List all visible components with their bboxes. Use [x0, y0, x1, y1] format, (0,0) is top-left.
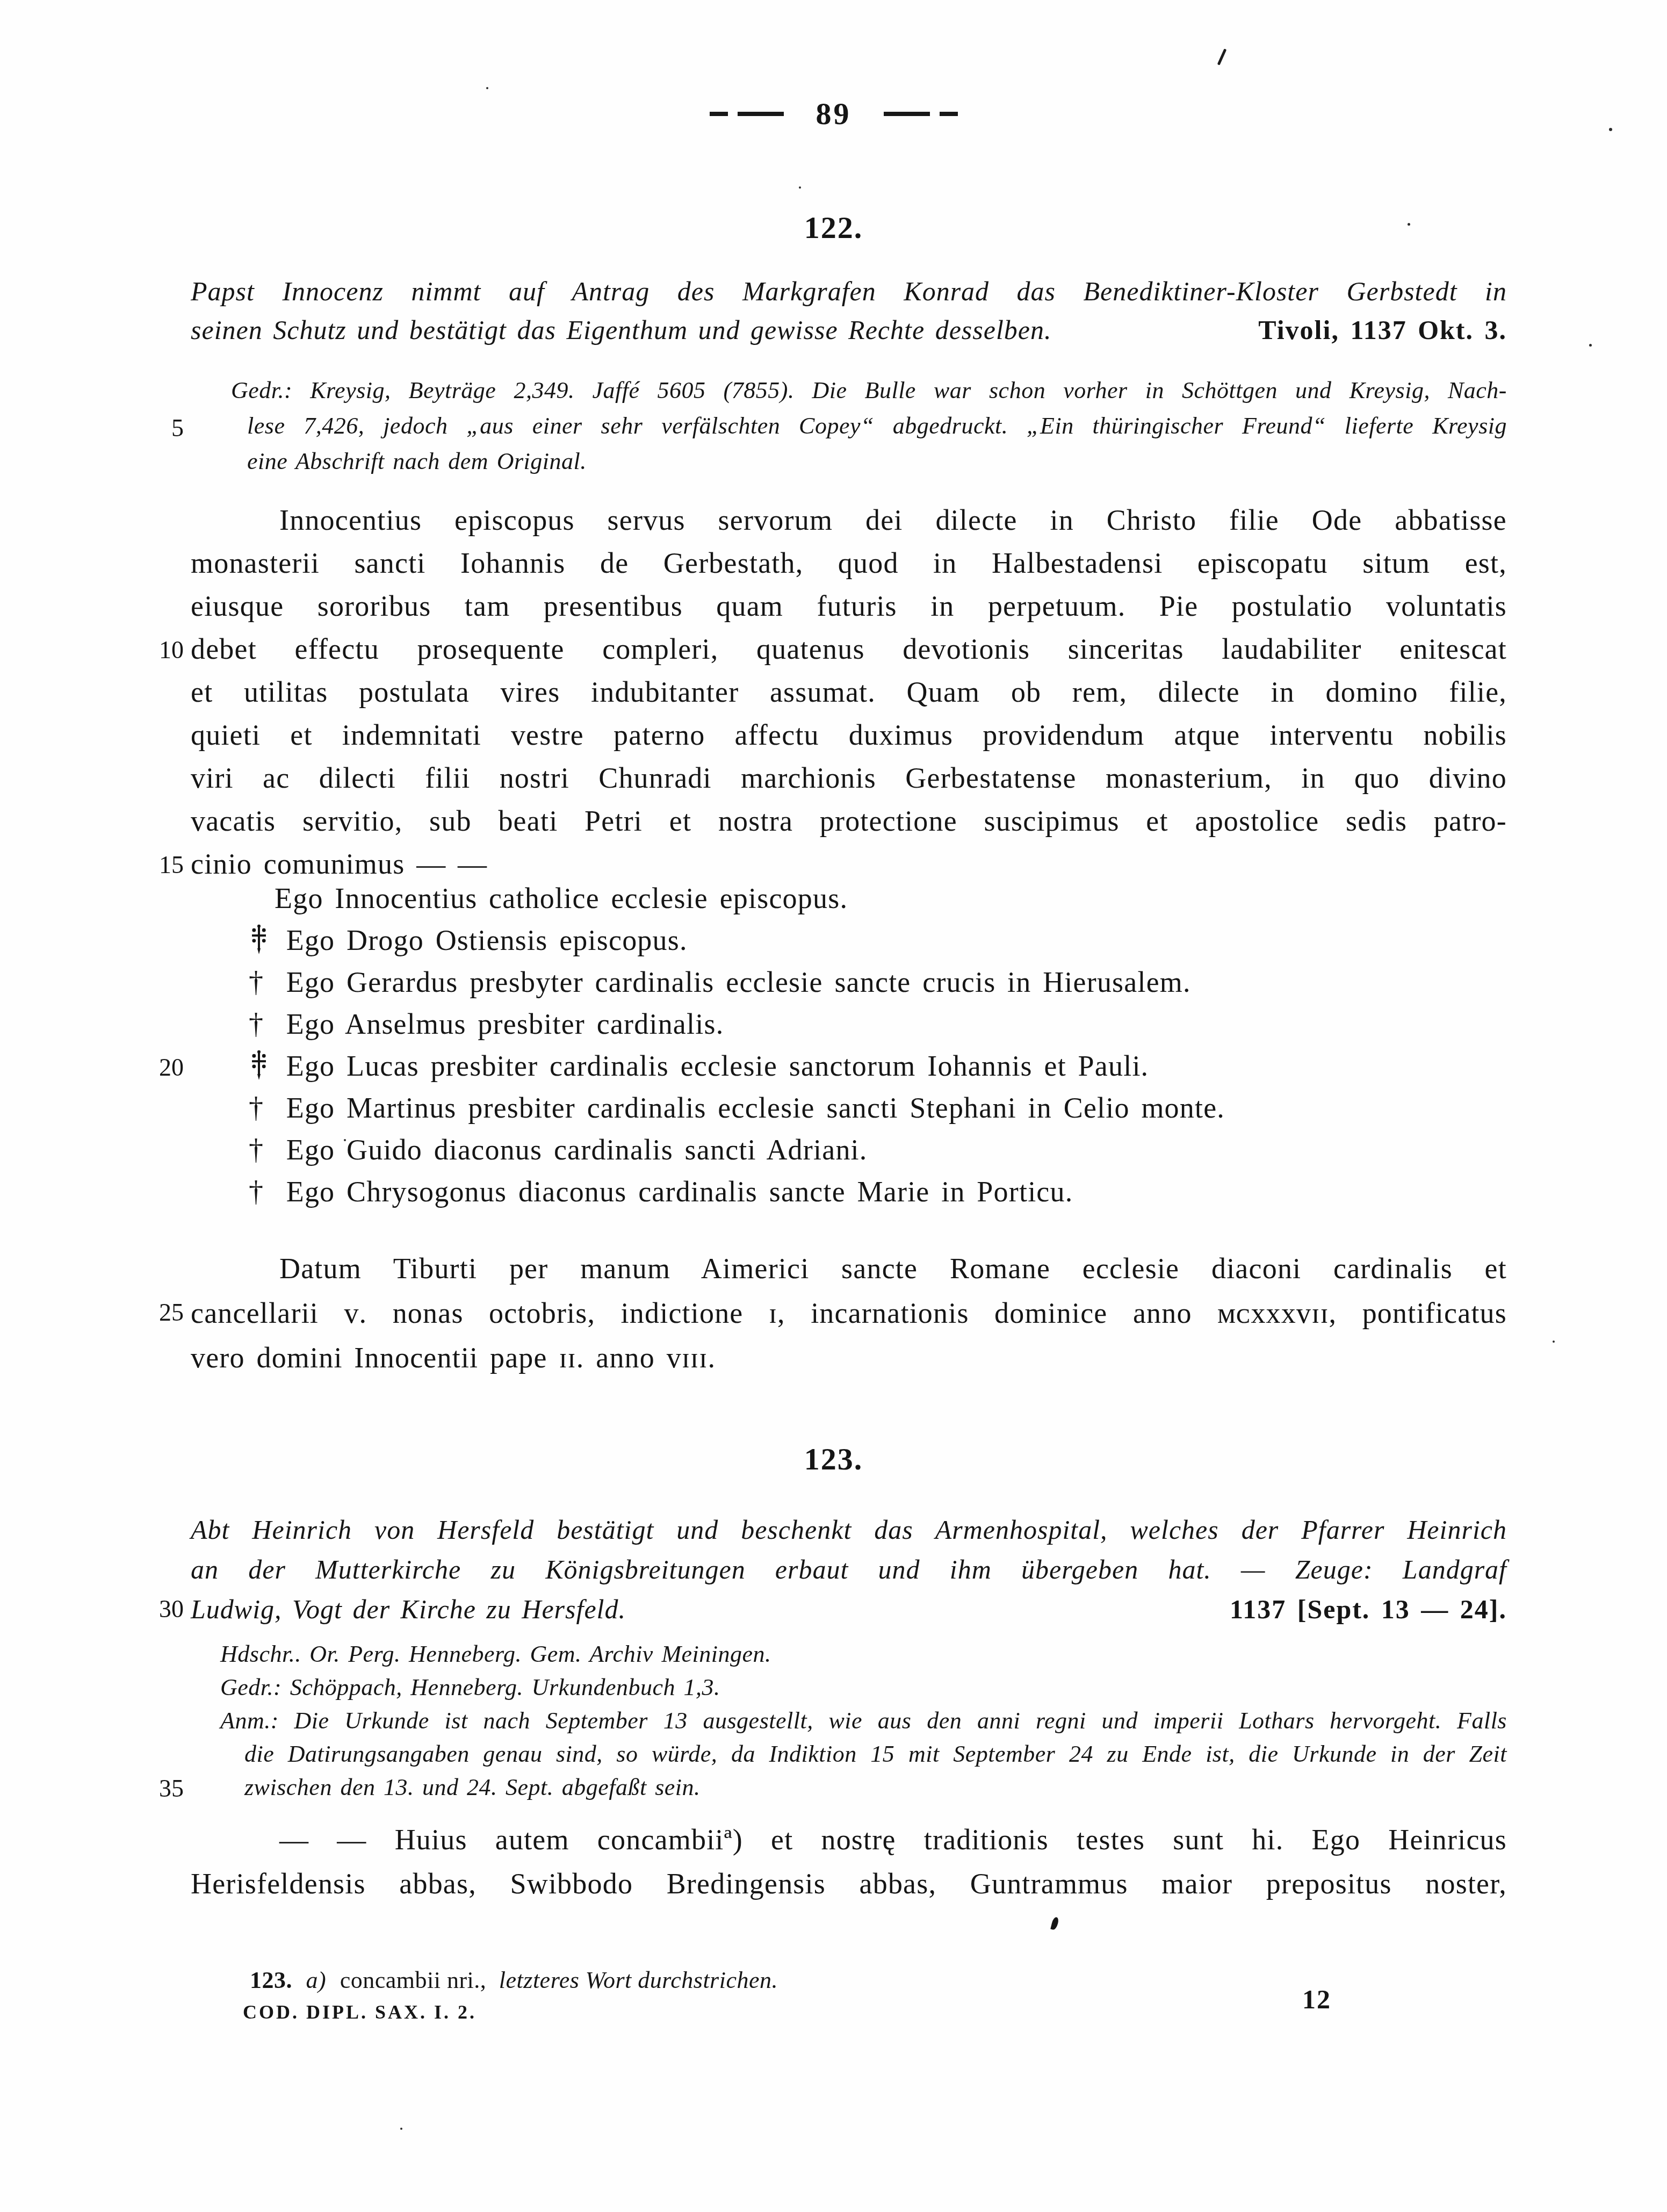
header-rule-right-outer	[940, 112, 958, 116]
doc-122-summary-line-2: seinen Schutz und bestätigt das Eigenthu…	[191, 311, 1507, 349]
doc-123-number: 123.	[0, 1441, 1667, 1477]
ink-speck	[799, 186, 801, 189]
series-signature: COD. DIPL. SAX. I. 2.	[243, 2001, 477, 2023]
witness-line: † Ego Chrysogonus diaconus cardinalis sa…	[191, 1171, 1507, 1213]
doc-122-body-line: monasterii sancti Iohannis de Gerbestath…	[191, 542, 1507, 585]
scanned-book-page: 89 5 10 15 20 25 30 35 122. Papst Innoce…	[0, 0, 1667, 2212]
doc-123-summary-line-1: Abt Heinrich von Hersfeld bestätigt und …	[191, 1510, 1507, 1550]
page-number: 89	[816, 96, 851, 132]
doc-122-date: Tivoli, 1137 Okt. 3.	[1258, 311, 1507, 349]
doc-123-body-line: Herisfeldensis abbas, Swibbodo Bredingen…	[191, 1862, 1507, 1906]
ink-speck	[1609, 128, 1612, 131]
margin-line-number-35: 35	[151, 1776, 184, 1801]
doc-122-summary: Papst Innocenz nimmt auf Antrag des Mark…	[191, 272, 1507, 349]
margin-line-number-25: 25	[151, 1300, 184, 1325]
doc-122-sources: Gedr.: Kreysig, Beyträge 2,349. Jaffé 56…	[191, 373, 1507, 479]
doc-123-summary-line-3: Ludwig, Vogt der Kirche zu Hersfeld. 113…	[191, 1589, 1507, 1629]
footnote: 123. a) concambii nri., letzteres Wort d…	[191, 1964, 1566, 1997]
ink-speck	[486, 87, 488, 89]
ink-speck	[400, 2128, 402, 2130]
doc-122-source-line: lese 7,426, jedoch „aus einer sehr verfä…	[191, 408, 1507, 444]
doc-123-source-line: zwischen den 13. und 24. Sept. abgefaßt …	[191, 1771, 1507, 1804]
doc-123-summary: Abt Heinrich von Hersfeld bestätigt und …	[191, 1510, 1507, 1629]
doc-122-datum-line: cancellarii ᴠ. nonas octobris, indiction…	[191, 1291, 1507, 1336]
witness-text: Ego Lucas presbiter cardinalis ecclesie …	[286, 1050, 1149, 1082]
doc-122-witness-list: Ego Innocentius catholice ecclesie episc…	[191, 877, 1507, 1213]
witness-line: Ego Innocentius catholice ecclesie episc…	[191, 877, 1507, 919]
witness-text: Ego Gerardus presbyter cardinalis eccles…	[286, 966, 1191, 998]
ornate-cross-icon	[249, 919, 275, 961]
doc-123-source-line: Anm.: Die Urkunde ist nach September 13 …	[191, 1704, 1507, 1738]
cross-icon: †	[249, 1087, 275, 1129]
doc-123-sources: Hdschr.. Or. Perg. Henneberg. Gem. Archi…	[191, 1638, 1507, 1804]
ink-speck	[1553, 1341, 1555, 1343]
cross-icon: †	[249, 1171, 275, 1213]
doc-122-datum-line: vero domini Innocentii pape ɪɪ. anno ᴠɪɪ…	[191, 1336, 1507, 1380]
header-rule-right-inner	[884, 112, 930, 116]
margin-line-number-5: 5	[151, 416, 184, 441]
doc-123-date: 1137 [Sept. 13 — 24].	[1230, 1589, 1507, 1629]
doc-122-body-line: quieti et indemnitati vestre paterno aff…	[191, 714, 1507, 756]
margin-line-number-15: 15	[151, 853, 184, 877]
witness-line: † Ego Martinus presbiter cardinalis eccl…	[191, 1087, 1507, 1129]
doc-122-body: Innocentius episcopus servus servorum de…	[191, 499, 1507, 885]
header-rule-left-inner	[738, 112, 784, 116]
doc-123-summary-text: Ludwig, Vogt der Kirche zu Hersfeld.	[191, 1589, 626, 1629]
ornate-cross-icon	[249, 1045, 275, 1087]
doc-122-body-line: et utilitas postulata vires indubitanter…	[191, 671, 1507, 714]
ink-blot	[1050, 1916, 1059, 1930]
footnote-note: letzteres Wort durchstrichen.	[499, 1967, 778, 1993]
header-rule-left-outer	[710, 112, 728, 116]
doc-123-body-line: — — Huius autem concambiiª) et nostrę tr…	[191, 1818, 1507, 1862]
footnote-text: concambii nri.,	[340, 1967, 487, 1993]
doc-122-summary-line-1: Papst Innocenz nimmt auf Antrag des Mark…	[191, 272, 1507, 311]
witness-text: Ego Drogo Ostiensis episcopus.	[286, 924, 688, 956]
cross-icon: †	[249, 1129, 275, 1171]
witness-text: Ego Innocentius catholice ecclesie episc…	[275, 882, 848, 914]
witness-text: Ego Martinus presbiter cardinalis eccles…	[286, 1092, 1225, 1124]
witness-line: Ego Lucas presbiter cardinalis ecclesie …	[191, 1045, 1507, 1087]
doc-122-body-line: debet effectu prosequente compleri, quat…	[191, 628, 1507, 671]
margin-line-number-10: 10	[151, 638, 184, 662]
doc-122-body-line: vacatis servitio, sub beati Petri et nos…	[191, 799, 1507, 842]
doc-122-source-line: eine Abschrift nach dem Original.	[191, 444, 1507, 479]
ink-tick-mark	[1217, 48, 1227, 65]
sheet-number: 12	[1302, 1984, 1331, 2015]
witness-line: Ego Drogo Ostiensis episcopus.	[191, 919, 1507, 961]
witness-text: Ego Chrysogonus diaconus cardinalis sanc…	[286, 1176, 1073, 1208]
page-header: 89	[0, 96, 1667, 132]
cross-icon: †	[249, 1003, 275, 1045]
doc-122-body-line: eiusque sororibus tam presentibus quam f…	[191, 585, 1507, 628]
doc-123-summary-line-2: an der Mutterkirche zu Königsbreitungen …	[191, 1550, 1507, 1589]
cross-icon: †	[249, 961, 275, 1003]
witness-text: Ego Anselmus presbiter cardinalis.	[286, 1008, 724, 1040]
witness-line: † Ego Guido diaconus cardinalis sancti A…	[191, 1129, 1507, 1171]
doc-122-body-line: viri ac dilecti filii nostri Chunradi ma…	[191, 756, 1507, 799]
witness-line: † Ego Gerardus presbyter cardinalis eccl…	[191, 961, 1507, 1003]
doc-123-source-line: Hdschr.. Or. Perg. Henneberg. Gem. Archi…	[191, 1638, 1507, 1671]
footnote-mark: a)	[306, 1967, 327, 1993]
doc-123-source-line: die Datirungsangaben genau sind, so würd…	[191, 1738, 1507, 1771]
doc-122-source-line: Gedr.: Kreysig, Beyträge 2,349. Jaffé 56…	[191, 373, 1507, 408]
doc-122-datum: Datum Tiburti per manum Aimerici sancte …	[191, 1246, 1507, 1380]
doc-122-body-line: Innocentius episcopus servus servorum de…	[191, 499, 1507, 542]
doc-122-summary-text: seinen Schutz und bestätigt das Eigenthu…	[191, 311, 1052, 349]
doc-122-datum-line: Datum Tiburti per manum Aimerici sancte …	[191, 1246, 1507, 1291]
doc-123-body: — — Huius autem concambiiª) et nostrę tr…	[191, 1818, 1507, 1906]
witness-text: Ego Guido diaconus cardinalis sancti Adr…	[286, 1134, 868, 1166]
ink-speck	[1589, 344, 1592, 347]
witness-line: † Ego Anselmus presbiter cardinalis.	[191, 1003, 1507, 1045]
doc-122-number: 122.	[0, 210, 1667, 246]
margin-line-number-20: 20	[151, 1055, 184, 1080]
footnote-ref: 123.	[250, 1967, 292, 1993]
doc-123-source-line: Gedr.: Schöppach, Henneberg. Urkundenbuc…	[191, 1671, 1507, 1704]
margin-line-number-30: 30	[151, 1597, 184, 1622]
